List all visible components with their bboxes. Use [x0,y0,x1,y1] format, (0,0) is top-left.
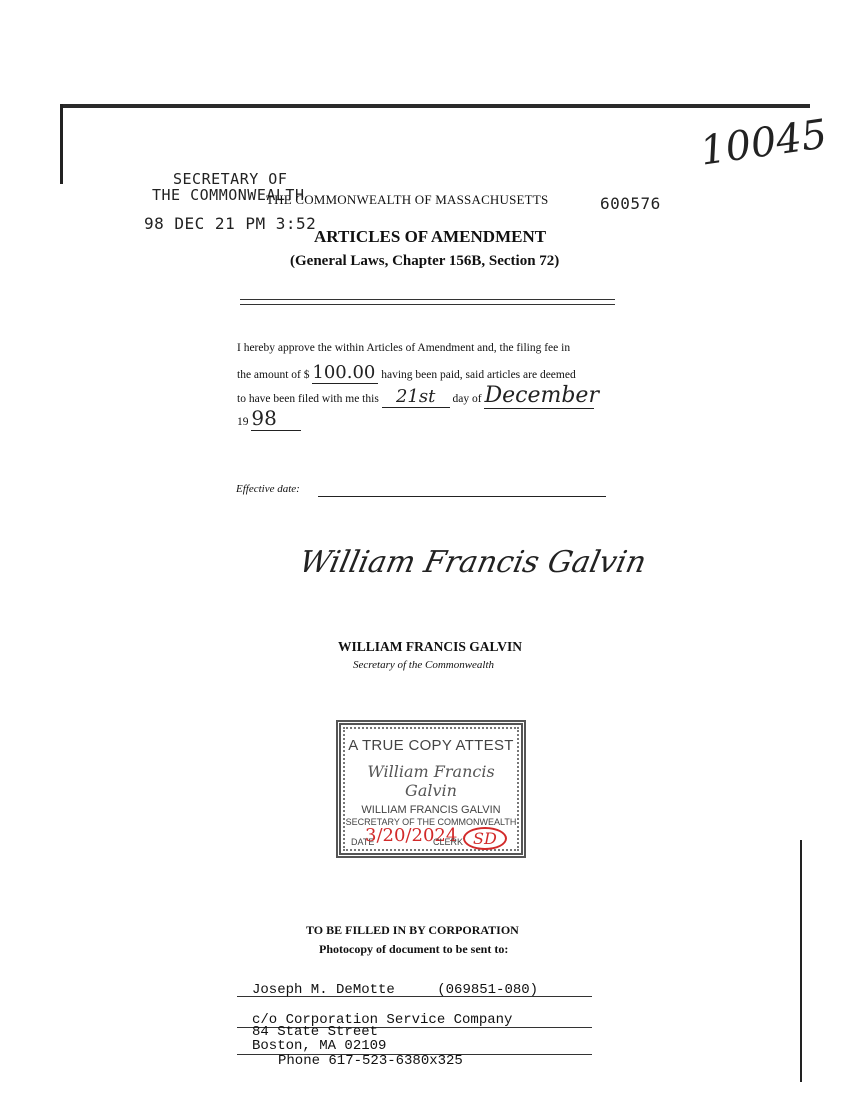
approval-text-line-1: I hereby approve the within Articles of … [237,342,570,354]
fee-suffix: having been paid, said articles are deem… [381,369,575,381]
year-prefix: 19 [237,416,249,428]
approval-text-line-2: the amount of $ 100.00 having been paid,… [237,362,576,384]
scan-border-left [60,104,63,184]
handwritten-file-number: 10045 [697,111,829,174]
seal-clerk-label: CLERK [433,837,463,847]
document-state-header: THE COMMONWEALTH OF MASSACHUSETTS [266,192,548,208]
id-number-stamp: 600576 [600,194,661,213]
seal-clerk-initials: SD [463,827,507,850]
corporation-heading: TO BE FILLED IN BY CORPORATION [306,923,519,938]
scan-border-right [800,840,802,1082]
address-line-3: Boston, MA 02109 [252,1038,386,1054]
divider-rule [240,299,615,300]
seal-name: WILLIAM FRANCIS GALVIN [341,804,521,816]
secretary-signature: William Francis Galvin [296,545,649,580]
effective-date-field [318,484,606,497]
contact-phone: Phone 617-523-6380x325 [278,1053,463,1069]
fee-label: the amount of $ [237,369,310,381]
filed-month: December [484,383,594,409]
filed-label: to have been filed with me this [237,393,379,405]
document-subtitle: (General Laws, Chapter 156B, Section 72) [290,253,559,270]
secretary-title: Secretary of the Commonwealth [353,659,494,671]
approval-text-line-4: 19 98 [237,406,301,431]
seal-heading: A TRUE COPY ATTEST [341,737,521,754]
stamp-datetime: 98 DEC 21 PM 3:52 [144,214,316,233]
corporation-subheading: Photocopy of document to be sent to: [319,942,508,957]
divider-rule [240,304,615,305]
secretary-name: WILLIAM FRANCIS GALVIN [338,639,522,655]
effective-date-label: Effective date: [236,483,300,495]
scan-border-top [62,104,810,108]
filed-day: 21st [382,386,450,408]
document-title: ARTICLES OF AMENDMENT [314,227,546,247]
address-rule [237,996,592,997]
filed-year: 98 [251,406,301,431]
true-copy-attest-seal: A TRUE COPY ATTEST William Francis Galvi… [336,720,526,858]
day-of-label: day of [453,393,482,405]
fee-amount: 100.00 [312,362,378,384]
seal-signature: William Francis Galvin [341,762,521,800]
